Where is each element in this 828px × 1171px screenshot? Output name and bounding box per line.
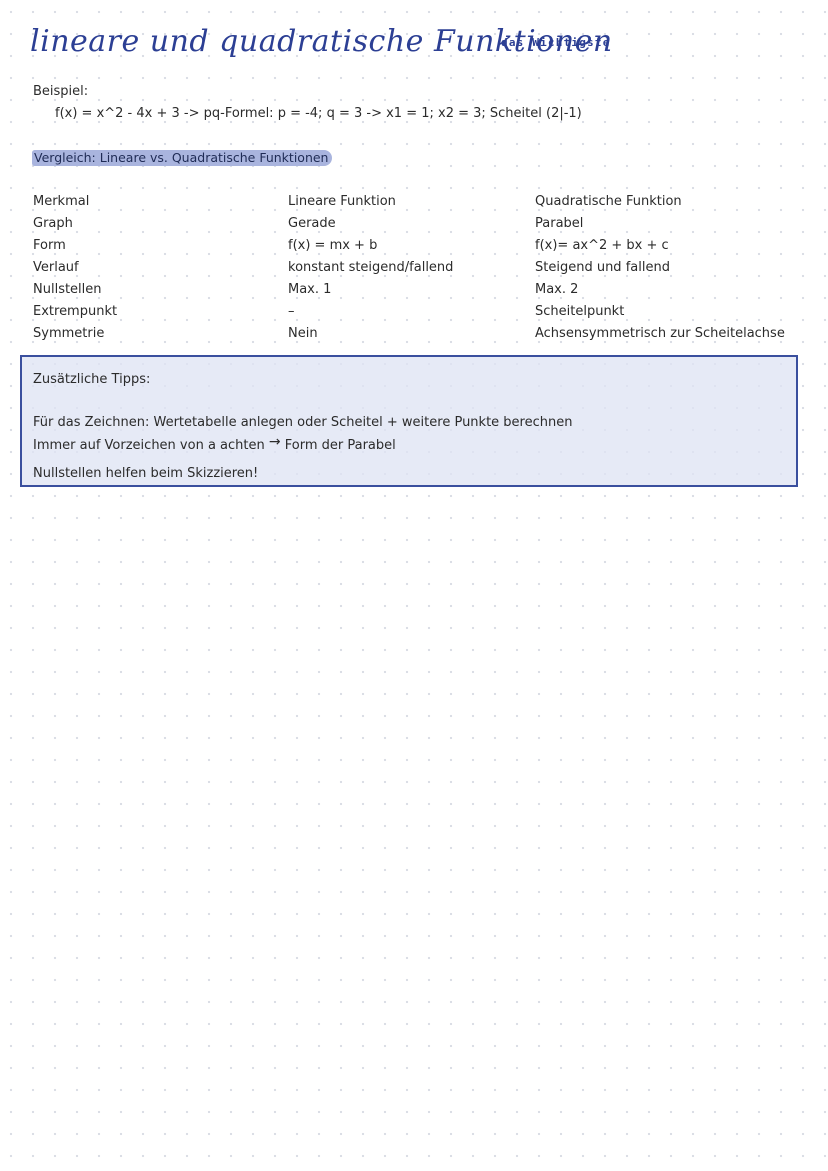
table-row-label: Extrempunkt — [33, 303, 117, 321]
comparison-heading: Vergleich: Lineare vs. Quadratische Funk… — [32, 150, 332, 166]
tips-box: Zusätzliche Tipps: Für das Zeichnen: Wer… — [20, 355, 798, 487]
table-cell: Max. 1 — [288, 281, 331, 299]
table-row-label: Form — [33, 237, 66, 255]
tips-line-2: Immer auf Vorzeichen von a achten → Form… — [33, 436, 396, 455]
arrow-right-icon: → — [269, 433, 281, 451]
table-cell: konstant steigend/fallend — [288, 259, 453, 277]
tips-heading: Zusätzliche Tipps: — [33, 371, 150, 389]
table-cell: Nein — [288, 325, 318, 343]
table-cell: Achsensymmetrisch zur Scheitelachse — [535, 325, 785, 343]
example-label: Beispiel: — [33, 83, 88, 101]
table-cell: Scheitelpunkt — [535, 303, 624, 321]
table-row-label: Verlauf — [33, 259, 79, 277]
page-subtitle: das Wichtigste — [501, 36, 611, 49]
tips-line-2-start: Immer auf Vorzeichen von a achten — [33, 438, 265, 453]
table-cell: Parabel — [535, 215, 583, 233]
table-row-label: Nullstellen — [33, 281, 102, 299]
table-header-cell: Lineare Funktion — [288, 193, 396, 211]
table-cell: – — [288, 303, 295, 321]
tips-line-1: Für das Zeichnen: Wertetabelle anlegen o… — [33, 414, 572, 432]
table-row-label: Graph — [33, 215, 73, 233]
tips-line-2-end: Form der Parabel — [285, 438, 396, 453]
table-cell: f(x) = mx + b — [288, 237, 377, 255]
example-formula: f(x) = x^2 - 4x + 3 -> pq-Formel: p = -4… — [55, 105, 582, 123]
tips-line-3: Nullstellen helfen beim Skizzieren! — [33, 465, 258, 483]
table-cell: Gerade — [288, 215, 336, 233]
table-cell: Steigend und fallend — [535, 259, 670, 277]
table-cell: f(x)= ax^2 + bx + c — [535, 237, 669, 255]
table-header-cell: Quadratische Funktion — [535, 193, 682, 211]
table-header-cell: Merkmal — [33, 193, 89, 211]
table-row-label: Symmetrie — [33, 325, 104, 343]
table-cell: Max. 2 — [535, 281, 578, 299]
